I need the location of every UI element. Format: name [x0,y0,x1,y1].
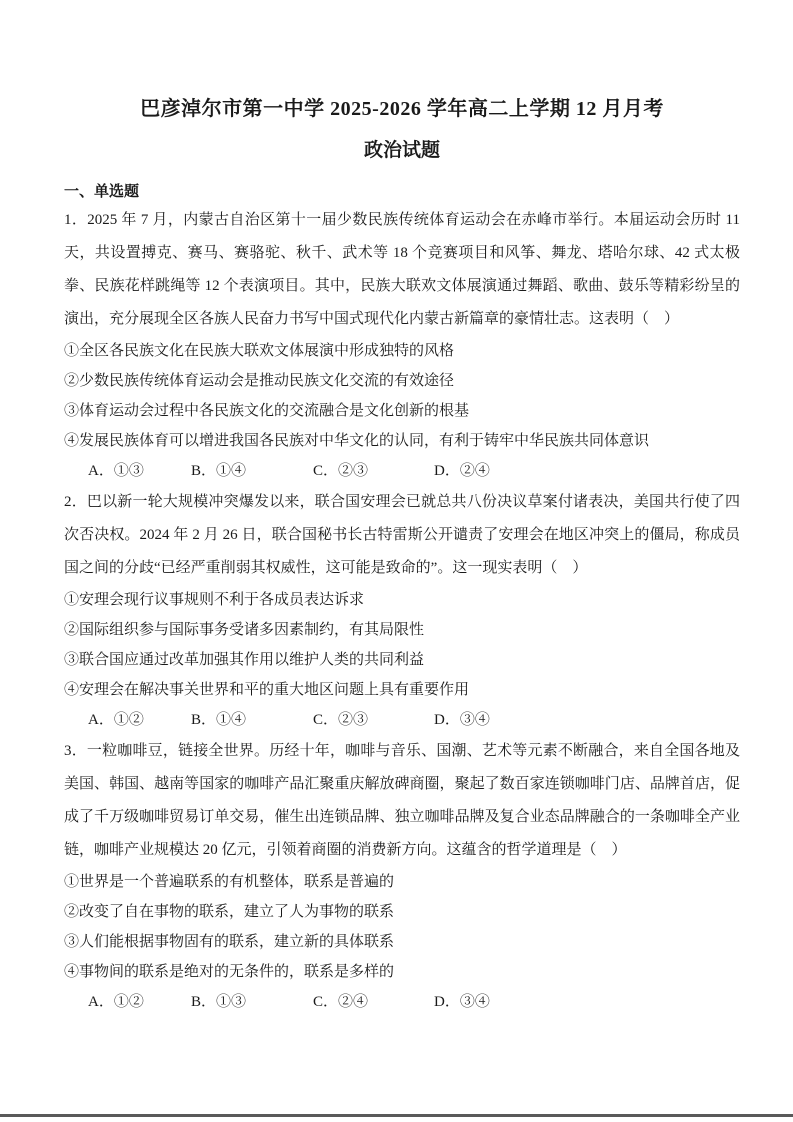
question-3-option-b: B．①③ [191,987,313,1017]
question-3-options-row: A．①② B．①③ C．②④ D．③④ [64,987,740,1017]
question-1-statement-3: ③体育运动会过程中各民族文化的交流融合是文化创新的根基 [64,396,740,426]
question-2-statement-4: ④安理会在解决事关世界和平的重大地区问题上具有重要作用 [64,675,740,705]
exam-document: 巴彦淖尔市第一中学 2025-2026 学年高二上学期 12 月月考 政治试题 … [0,0,793,1122]
question-3-statement-1: ①世界是一个普遍联系的有机整体，联系是普遍的 [64,867,740,897]
question-1-option-d: D．②④ [434,456,740,486]
question-3-statement-4: ④事物间的联系是绝对的无条件的，联系是多样的 [64,957,740,987]
question-3: 3．一粒咖啡豆，链接全世界。历经十年，咖啡与音乐、国潮、艺术等元素不断融合，来自… [64,735,740,1017]
question-2-option-b: B．①④ [191,705,313,735]
question-3-option-a: A．①② [88,987,191,1017]
question-3-statement-3: ③人们能根据事物固有的联系，建立新的具体联系 [64,927,740,957]
question-2-option-c: C．②③ [313,705,434,735]
question-1-statement-4: ④发展民族体育可以增进我国各民族对中华文化的认同，有利于铸牢中华民族共同体意识 [64,426,740,456]
question-2-statement-1: ①安理会现行议事规则不利于各成员表达诉求 [64,585,740,615]
question-1-options-row: A．①③ B．①④ C．②③ D．②④ [64,456,740,486]
question-2-options-row: A．①② B．①④ C．②③ D．③④ [64,705,740,735]
question-2-option-d: D．③④ [434,705,740,735]
question-1-option-b: B．①④ [191,456,313,486]
question-1-option-c: C．②③ [313,456,434,486]
question-2-option-a: A．①② [88,705,191,735]
question-2-statement-3: ③联合国应通过改革加强其作用以维护人类的共同利益 [64,645,740,675]
question-1: 1．2025 年 7 月，内蒙古自治区第十一届少数民族传统体育运动会在赤峰市举行… [64,204,740,486]
section-heading-single-choice: 一、单选题 [64,180,740,204]
exam-subtitle: 政治试题 [64,138,740,164]
question-3-option-d: D．③④ [434,987,740,1017]
question-3-option-c: C．②④ [313,987,434,1017]
question-1-statement-1: ①全区各民族文化在民族大联欢文体展演中形成独特的风格 [64,336,740,366]
question-2: 2．巴以新一轮大规模冲突爆发以来，联合国安理会已就总共八份决议草案付诸表决，美国… [64,486,740,735]
question-2-stem: 2．巴以新一轮大规模冲突爆发以来，联合国安理会已就总共八份决议草案付诸表决，美国… [64,486,740,585]
question-1-option-a: A．①③ [88,456,191,486]
question-3-stem: 3．一粒咖啡豆，链接全世界。历经十年，咖啡与音乐、国潮、艺术等元素不断融合，来自… [64,735,740,867]
question-1-stem: 1．2025 年 7 月，内蒙古自治区第十一届少数民族传统体育运动会在赤峰市举行… [64,204,740,336]
question-3-statement-2: ②改变了自在事物的联系，建立了人为事物的联系 [64,897,740,927]
page-bottom-divider [0,1114,793,1117]
question-1-statement-2: ②少数民族传统体育运动会是推动民族文化交流的有效途径 [64,366,740,396]
question-2-statement-2: ②国际组织参与国际事务受诸多因素制约，有其局限性 [64,615,740,645]
exam-title: 巴彦淖尔市第一中学 2025-2026 学年高二上学期 12 月月考 [64,96,740,122]
